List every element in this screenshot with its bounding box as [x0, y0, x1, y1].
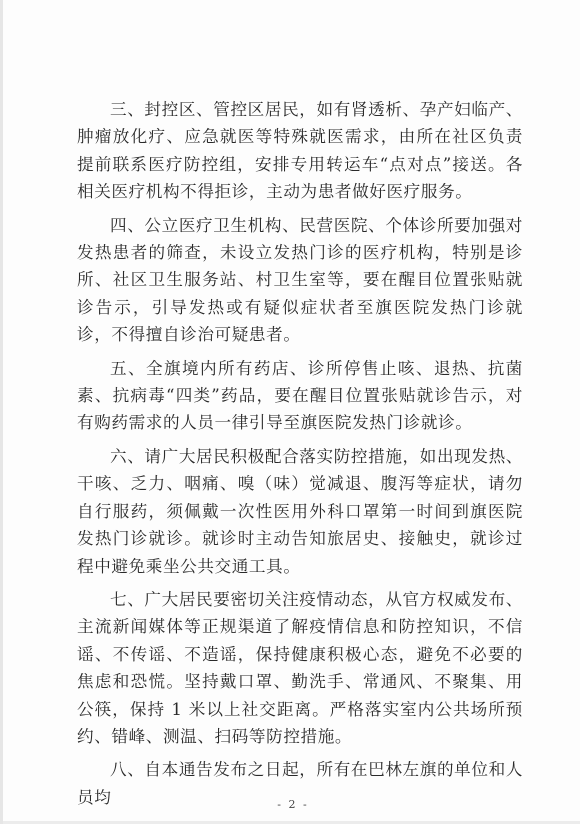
paragraph-item-7: 七、广大居民要密切关注疫情动态，从官方权威发布、主流新闻媒体等正规渠道了解疫情信…: [77, 586, 523, 750]
paragraph-item-5: 五、全旗境内所有药店、诊所停售止咳、退热、抗菌素、抗病毒“四类”药品，要在醒目位…: [77, 355, 523, 437]
page-number: - 2 -: [3, 798, 580, 811]
paragraph-item-6: 六、请广大居民积极配合落实防控措施，如出现发热、干咳、乏力、咽痛、嗅（味）觉减退…: [77, 443, 523, 580]
document-body: 三、封控区、管控区居民，如有肾透析、孕产妇临产、肿瘤放化疗、应急就医等特殊就医需…: [77, 96, 523, 817]
paragraph-item-3: 三、封控区、管控区居民，如有肾透析、孕产妇临产、肿瘤放化疗、应急就医等特殊就医需…: [77, 96, 523, 206]
paragraph-item-4: 四、公立医疗卫生机构、民营医院、个体诊所要加强对发热患者的筛查，未设立发热门诊的…: [77, 212, 523, 349]
document-page: 三、封控区、管控区居民，如有肾透析、孕产妇临产、肿瘤放化疗、应急就医等特殊就医需…: [0, 0, 580, 824]
